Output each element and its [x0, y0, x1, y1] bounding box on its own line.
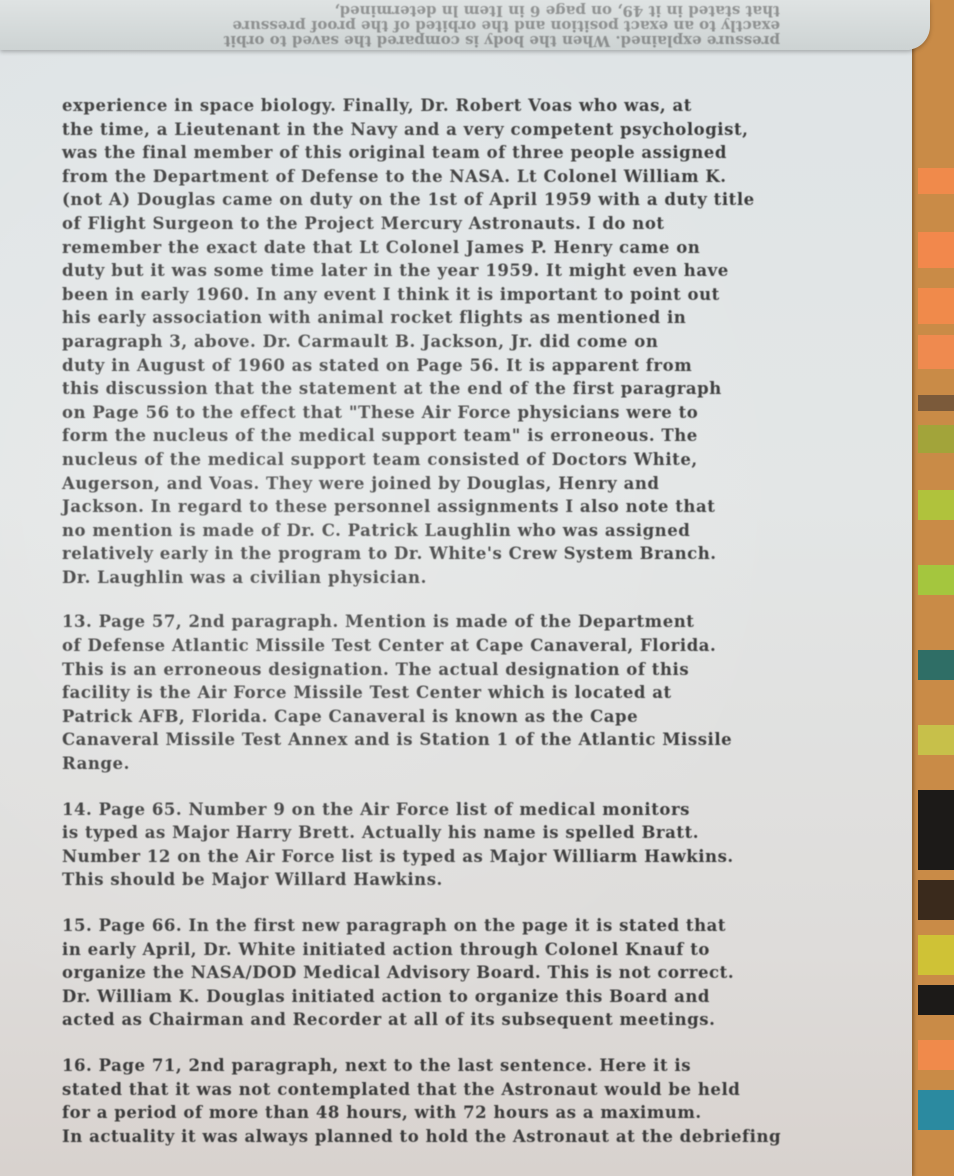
text-line: Canaveral Missile Test Annex and is Stat…	[62, 728, 822, 752]
text-line: Dr. William K. Douglas initiated action …	[62, 985, 822, 1009]
text-line: his early association with animal rocket…	[62, 306, 822, 330]
text-line: (not A) Douglas came on duty on the 1st …	[62, 188, 822, 212]
text-line: paragraph 3, above. Dr. Carmault B. Jack…	[62, 330, 822, 354]
text-line: 13. Page 57, 2nd paragraph. Mention is m…	[62, 610, 822, 634]
text-line: in early April, Dr. White initiated acti…	[62, 938, 822, 962]
text-line: organize the NASA/DOD Medical Advisory B…	[62, 961, 822, 985]
paragraph-item-14: 14. Page 65. Number 9 on the Air Force l…	[62, 798, 822, 892]
folder-tab	[918, 288, 954, 324]
text-line: acted as Chairman and Recorder at all of…	[62, 1008, 822, 1032]
text-line: Number 12 on the Air Force list is typed…	[62, 845, 822, 869]
folder-tab	[918, 1090, 954, 1130]
text-line: no mention is made of Dr. C. Patrick Lau…	[62, 519, 822, 543]
folder-tab	[918, 168, 954, 194]
folder-tab	[918, 395, 954, 411]
text-line: this discussion that the statement at th…	[62, 377, 822, 401]
text-line: the time, a Lieutenant in the Navy and a…	[62, 118, 822, 142]
text-line: form the nucleus of the medical support …	[62, 424, 822, 448]
text-line: relatively early in the program to Dr. W…	[62, 542, 822, 566]
text-line: 14. Page 65. Number 9 on the Air Force l…	[62, 798, 822, 822]
text-line: experience in space biology. Finally, Dr…	[62, 94, 822, 118]
overleaf-text: pressure explained. When the body is com…	[0, 0, 930, 50]
text-line: been in early 1960. In any event I think…	[62, 283, 822, 307]
text-line: of Flight Surgeon to the Project Mercury…	[62, 212, 822, 236]
text-line: This is an erroneous designation. The ac…	[62, 658, 822, 682]
text-line: for a period of more than 48 hours, with…	[62, 1101, 822, 1125]
text-line: 15. Page 66. In the first new paragraph …	[62, 914, 822, 938]
folder-tab	[918, 425, 954, 453]
folder-tab	[918, 232, 954, 268]
text-line: facility is the Air Force Missile Test C…	[62, 681, 822, 705]
text-line: on Page 56 to the effect that "These Air…	[62, 401, 822, 425]
text-line: remember the exact date that Lt Colonel …	[62, 236, 822, 260]
folder-tab	[918, 880, 954, 920]
paragraph-continued: experience in space biology. Finally, Dr…	[62, 94, 822, 589]
text-line: Dr. Laughlin was a civilian physician.	[62, 566, 822, 590]
overleaf-line: pressure explained. When the body is com…	[0, 33, 780, 48]
overleaf-line: that stated in it 49, on page 6 in Item …	[0, 3, 780, 18]
paragraph-item-15: 15. Page 66. In the first new paragraph …	[62, 914, 822, 1032]
folder-tab	[918, 725, 954, 755]
paragraph-item-13: 13. Page 57, 2nd paragraph. Mention is m…	[62, 610, 822, 775]
text-line: 16. Page 71, 2nd paragraph, next to the …	[62, 1054, 822, 1078]
text-line: Jackson. In regard to these personnel as…	[62, 495, 822, 519]
document-page: experience in space biology. Finally, Dr…	[0, 42, 912, 1176]
paragraph-item-16: 16. Page 71, 2nd paragraph, next to the …	[62, 1054, 822, 1148]
text-line: Range.	[62, 752, 822, 776]
folder-tab	[918, 335, 954, 369]
overleaf-page: pressure explained. When the body is com…	[0, 0, 930, 50]
text-line: duty but it was some time later in the y…	[62, 259, 822, 283]
folder-tab	[918, 790, 954, 870]
text-line: This should be Major Willard Hawkins.	[62, 868, 822, 892]
overleaf-line: exactly to an exact position and the orb…	[0, 18, 780, 33]
text-line: was the final member of this original te…	[62, 141, 822, 165]
text-line: Augerson, and Voas. They were joined by …	[62, 472, 822, 496]
text-line: nucleus of the medical support team cons…	[62, 448, 822, 472]
folder-tab	[918, 490, 954, 520]
text-line: of Defense Atlantic Missile Test Center …	[62, 634, 822, 658]
text-line: is typed as Major Harry Brett. Actually …	[62, 821, 822, 845]
folder-tab	[918, 935, 954, 975]
text-line: from the Department of Defense to the NA…	[62, 165, 822, 189]
document-body: experience in space biology. Finally, Dr…	[62, 94, 822, 1170]
folder-tab	[918, 650, 954, 680]
folder-tab	[918, 565, 954, 595]
text-line: stated that it was not contemplated that…	[62, 1078, 822, 1102]
text-line: Patrick AFB, Florida. Cape Canaveral is …	[62, 705, 822, 729]
text-line: In actuality it was always planned to ho…	[62, 1125, 822, 1149]
text-line: duty in August of 1960 as stated on Page…	[62, 354, 822, 378]
folder-tab	[918, 985, 954, 1015]
folder-tab	[918, 1040, 954, 1070]
